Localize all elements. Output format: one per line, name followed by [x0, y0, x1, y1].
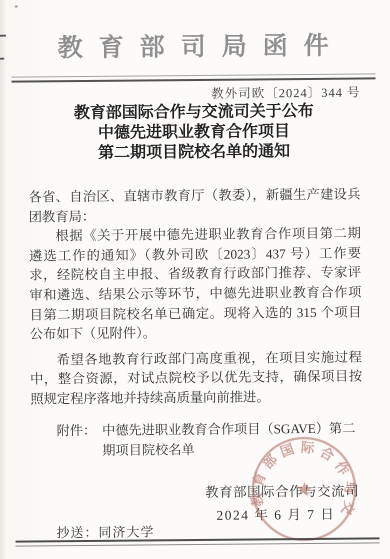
signature-date: 2024 年 6 月 7 日 [216, 503, 335, 524]
copy-to-line: 抄送：同济大学 [56, 521, 154, 541]
scan-artifact [0, 58, 4, 60]
document-page: 教育部司局函件 教外司欧〔2024〕344 号 教育部国际合作与交流司关于公布 … [0, 0, 390, 559]
header-divider [11, 73, 375, 82]
attachment-label: 附件： [56, 421, 96, 461]
scan-artifact [0, 35, 6, 37]
document-type-header: 教育部司局函件 [0, 25, 388, 64]
copy-to-value: 同济大学 [98, 524, 154, 539]
scanned-content: 教育部司局函件 教外司欧〔2024〕344 号 教育部国际合作与交流司关于公布 … [0, 0, 390, 559]
body-paragraph-2: 希望各地教育行政部门高度重视，在项目实施过程中，整合资源，对试点院校予以优先支持… [30, 347, 363, 409]
notice-title-line-3: 第二期项目院校名单的通知 [0, 141, 389, 164]
notice-title: 教育部国际合作与交流司关于公布 中德先进职业教育合作项目 第二期项目院校名单的通… [0, 101, 389, 164]
attachment-title: 中德先进职业教育合作项目（SGAVE）第二期项目院校名单 [102, 419, 363, 461]
scan-artifact [15, 6, 18, 8]
signature-org: 教育部国际合作与交流司 [205, 480, 359, 501]
copy-to-label: 抄送： [56, 525, 98, 540]
notice-body: 各省、自治区、直辖市教育厅（教委），新疆生产建设兵团教育局： 根据《关于开展中德… [28, 185, 362, 409]
recipient-line: 各省、自治区、直辖市教育厅（教委），新疆生产建设兵团教育局： [28, 185, 360, 227]
document-number: 教外司欧〔2024〕344 号 [211, 83, 361, 102]
attachment-line: 附件： 中德先进职业教育合作项目（SGAVE）第二期项目院校名单 [30, 419, 362, 462]
body-paragraph-1: 根据《关于开展中德先进职业教育合作项目第二期遴选工作的通知》（教外司欧〔2023… [29, 224, 362, 344]
